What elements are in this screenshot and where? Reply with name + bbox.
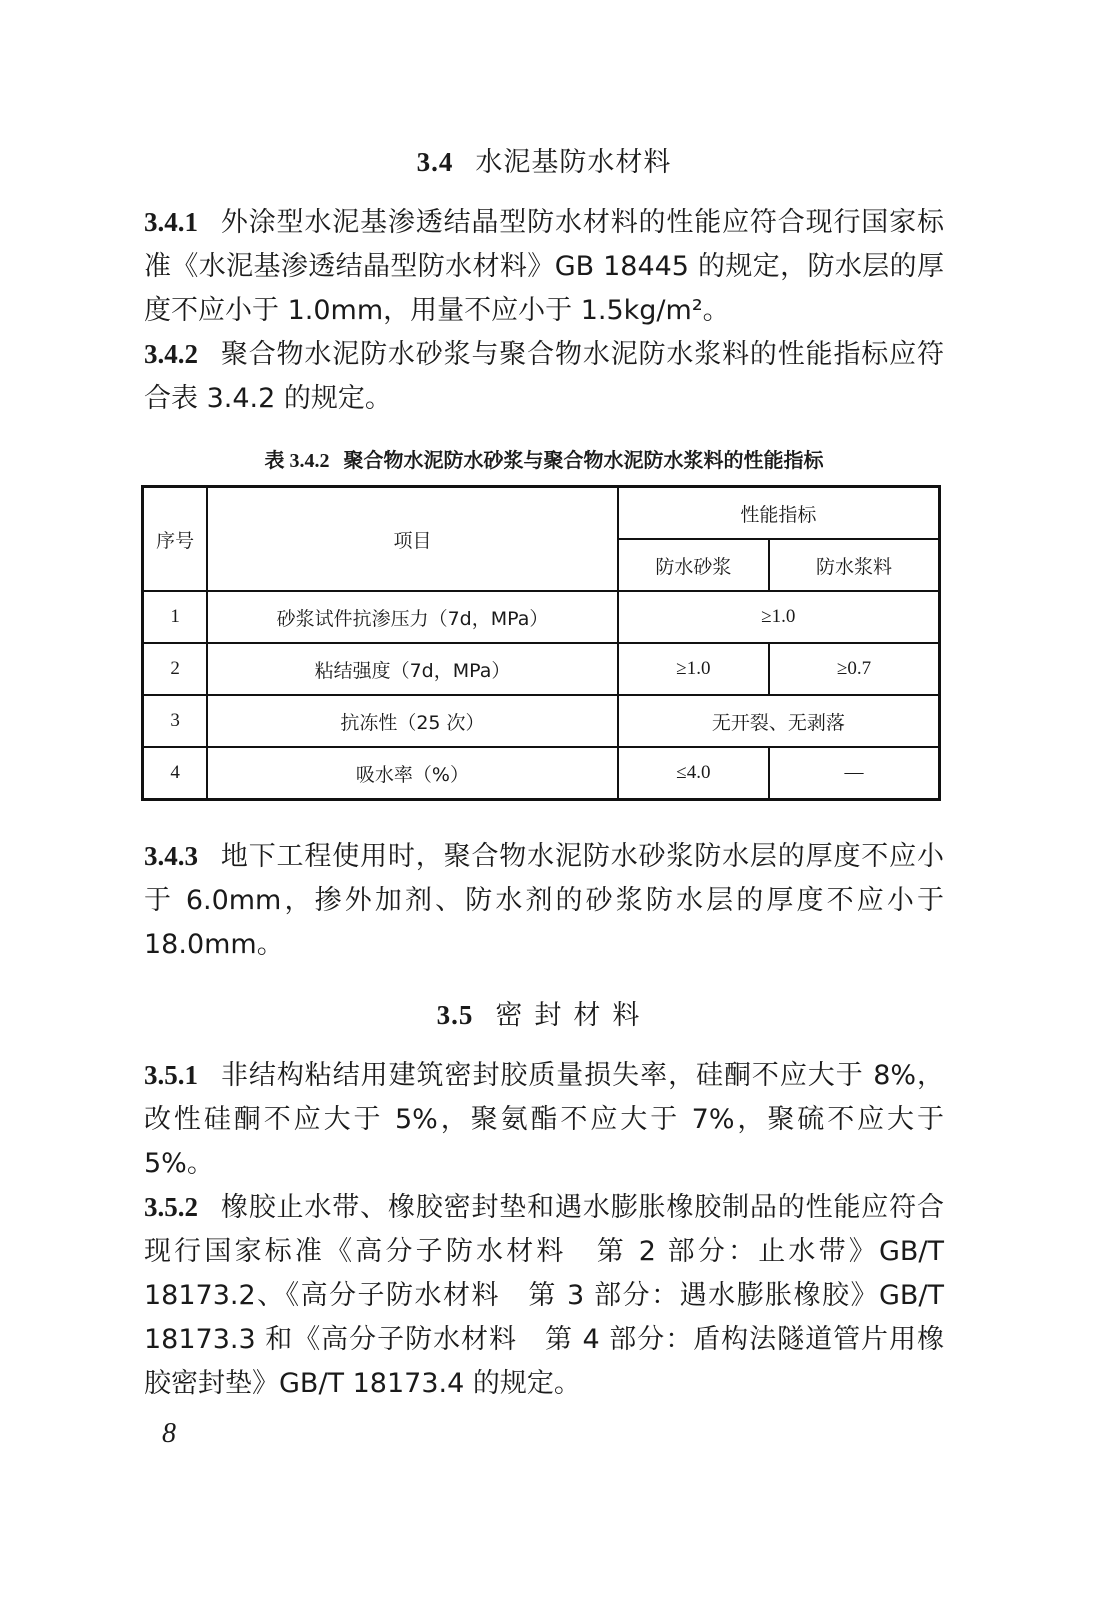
cell-item: 抗冻性（25 次） — [207, 695, 617, 747]
clause-text: 非结构粘结用建筑密封胶质量损失率，硅酮不应大于 8%，改性硅酮不应大于 5%，聚… — [144, 1060, 944, 1179]
header-mortar: 防水砂浆 — [618, 539, 769, 591]
cell-slurry-value: ≥0.7 — [769, 643, 939, 695]
cell-merged-value: 无开裂、无剥落 — [618, 695, 940, 747]
clause-number: 3.4.1 — [144, 207, 198, 237]
clause-text: 聚合物水泥防水砂浆与聚合物水泥防水浆料的性能指标应符合表 3.4.2 的规定。 — [144, 339, 944, 414]
cell-merged-value: ≥1.0 — [618, 591, 940, 643]
clause-number: 3.5.2 — [144, 1192, 198, 1222]
cell-slurry-value: — — [769, 747, 939, 800]
table-row: 1 砂浆试件抗渗压力（7d，MPa） ≥1.0 — [143, 591, 940, 643]
section-heading-3-4: 3.4水泥基防水材料 — [144, 140, 944, 179]
cell-seq: 4 — [143, 747, 208, 800]
table-row: 4 吸水率（%） ≤4.0 — — [143, 747, 940, 800]
clause-3-4-3: 3.4.3地下工程使用时，聚合物水泥防水砂浆防水层的厚度不应小于 6.0mm，掺… — [144, 834, 944, 967]
cell-seq: 2 — [143, 643, 208, 695]
header-seq: 序号 — [143, 487, 208, 592]
clause-3-5-2: 3.5.2橡胶止水带、橡胶密封垫和遇水膨胀橡胶制品的性能应符合现行国家标准《高分… — [144, 1185, 944, 1406]
cell-item: 砂浆试件抗渗压力（7d，MPa） — [207, 591, 617, 643]
table-caption: 表 3.4.2聚合物水泥防水砂浆与聚合物水泥防水浆料的性能指标 — [144, 444, 944, 473]
table-row: 3 抗冻性（25 次） 无开裂、无剥落 — [143, 695, 940, 747]
cell-item: 粘结强度（7d，MPa） — [207, 643, 617, 695]
table-title: 聚合物水泥防水砂浆与聚合物水泥防水浆料的性能指标 — [344, 448, 824, 472]
section-number: 3.5 — [437, 1000, 474, 1030]
table-header-row: 序号 项目 性能指标 — [143, 487, 940, 540]
header-item: 项目 — [207, 487, 617, 592]
table-number: 表 3.4.2 — [265, 450, 330, 472]
table-row: 2 粘结强度（7d，MPa） ≥1.0 ≥0.7 — [143, 643, 940, 695]
clause-text: 外涂型水泥基渗透结晶型防水材料的性能应符合现行国家标准《水泥基渗透结晶型防水材料… — [144, 207, 944, 326]
clause-3-4-1: 3.4.1外涂型水泥基渗透结晶型防水材料的性能应符合现行国家标准《水泥基渗透结晶… — [144, 200, 944, 333]
clause-number: 3.4.3 — [144, 841, 198, 871]
cell-mortar-value: ≤4.0 — [618, 747, 769, 800]
performance-table: 序号 项目 性能指标 防水砂浆 防水浆料 1 砂浆试件抗渗压力（7d，MPa） … — [141, 485, 941, 801]
cell-mortar-value: ≥1.0 — [618, 643, 769, 695]
clause-text: 地下工程使用时，聚合物水泥防水砂浆防水层的厚度不应小于 6.0mm，掺外加剂、防… — [144, 841, 944, 960]
section-number: 3.4 — [417, 147, 454, 177]
clause-number: 3.5.1 — [144, 1060, 198, 1090]
section-title: 水泥基防水材料 — [475, 147, 671, 178]
clause-3-4-2: 3.4.2聚合物水泥防水砂浆与聚合物水泥防水浆料的性能指标应符合表 3.4.2 … — [144, 332, 944, 421]
header-slurry: 防水浆料 — [769, 539, 939, 591]
header-performance: 性能指标 — [618, 487, 940, 540]
page-number: 8 — [162, 1418, 176, 1450]
clause-number: 3.4.2 — [144, 339, 198, 369]
cell-seq: 1 — [143, 591, 208, 643]
clause-text: 橡胶止水带、橡胶密封垫和遇水膨胀橡胶制品的性能应符合现行国家标准《高分子防水材料… — [144, 1192, 944, 1399]
cell-item: 吸水率（%） — [207, 747, 617, 800]
clause-3-5-1: 3.5.1非结构粘结用建筑密封胶质量损失率，硅酮不应大于 8%，改性硅酮不应大于… — [144, 1053, 944, 1186]
cell-seq: 3 — [143, 695, 208, 747]
section-heading-3-5: 3.5密封材料 — [144, 993, 944, 1032]
section-title: 密封材料 — [495, 1000, 651, 1031]
